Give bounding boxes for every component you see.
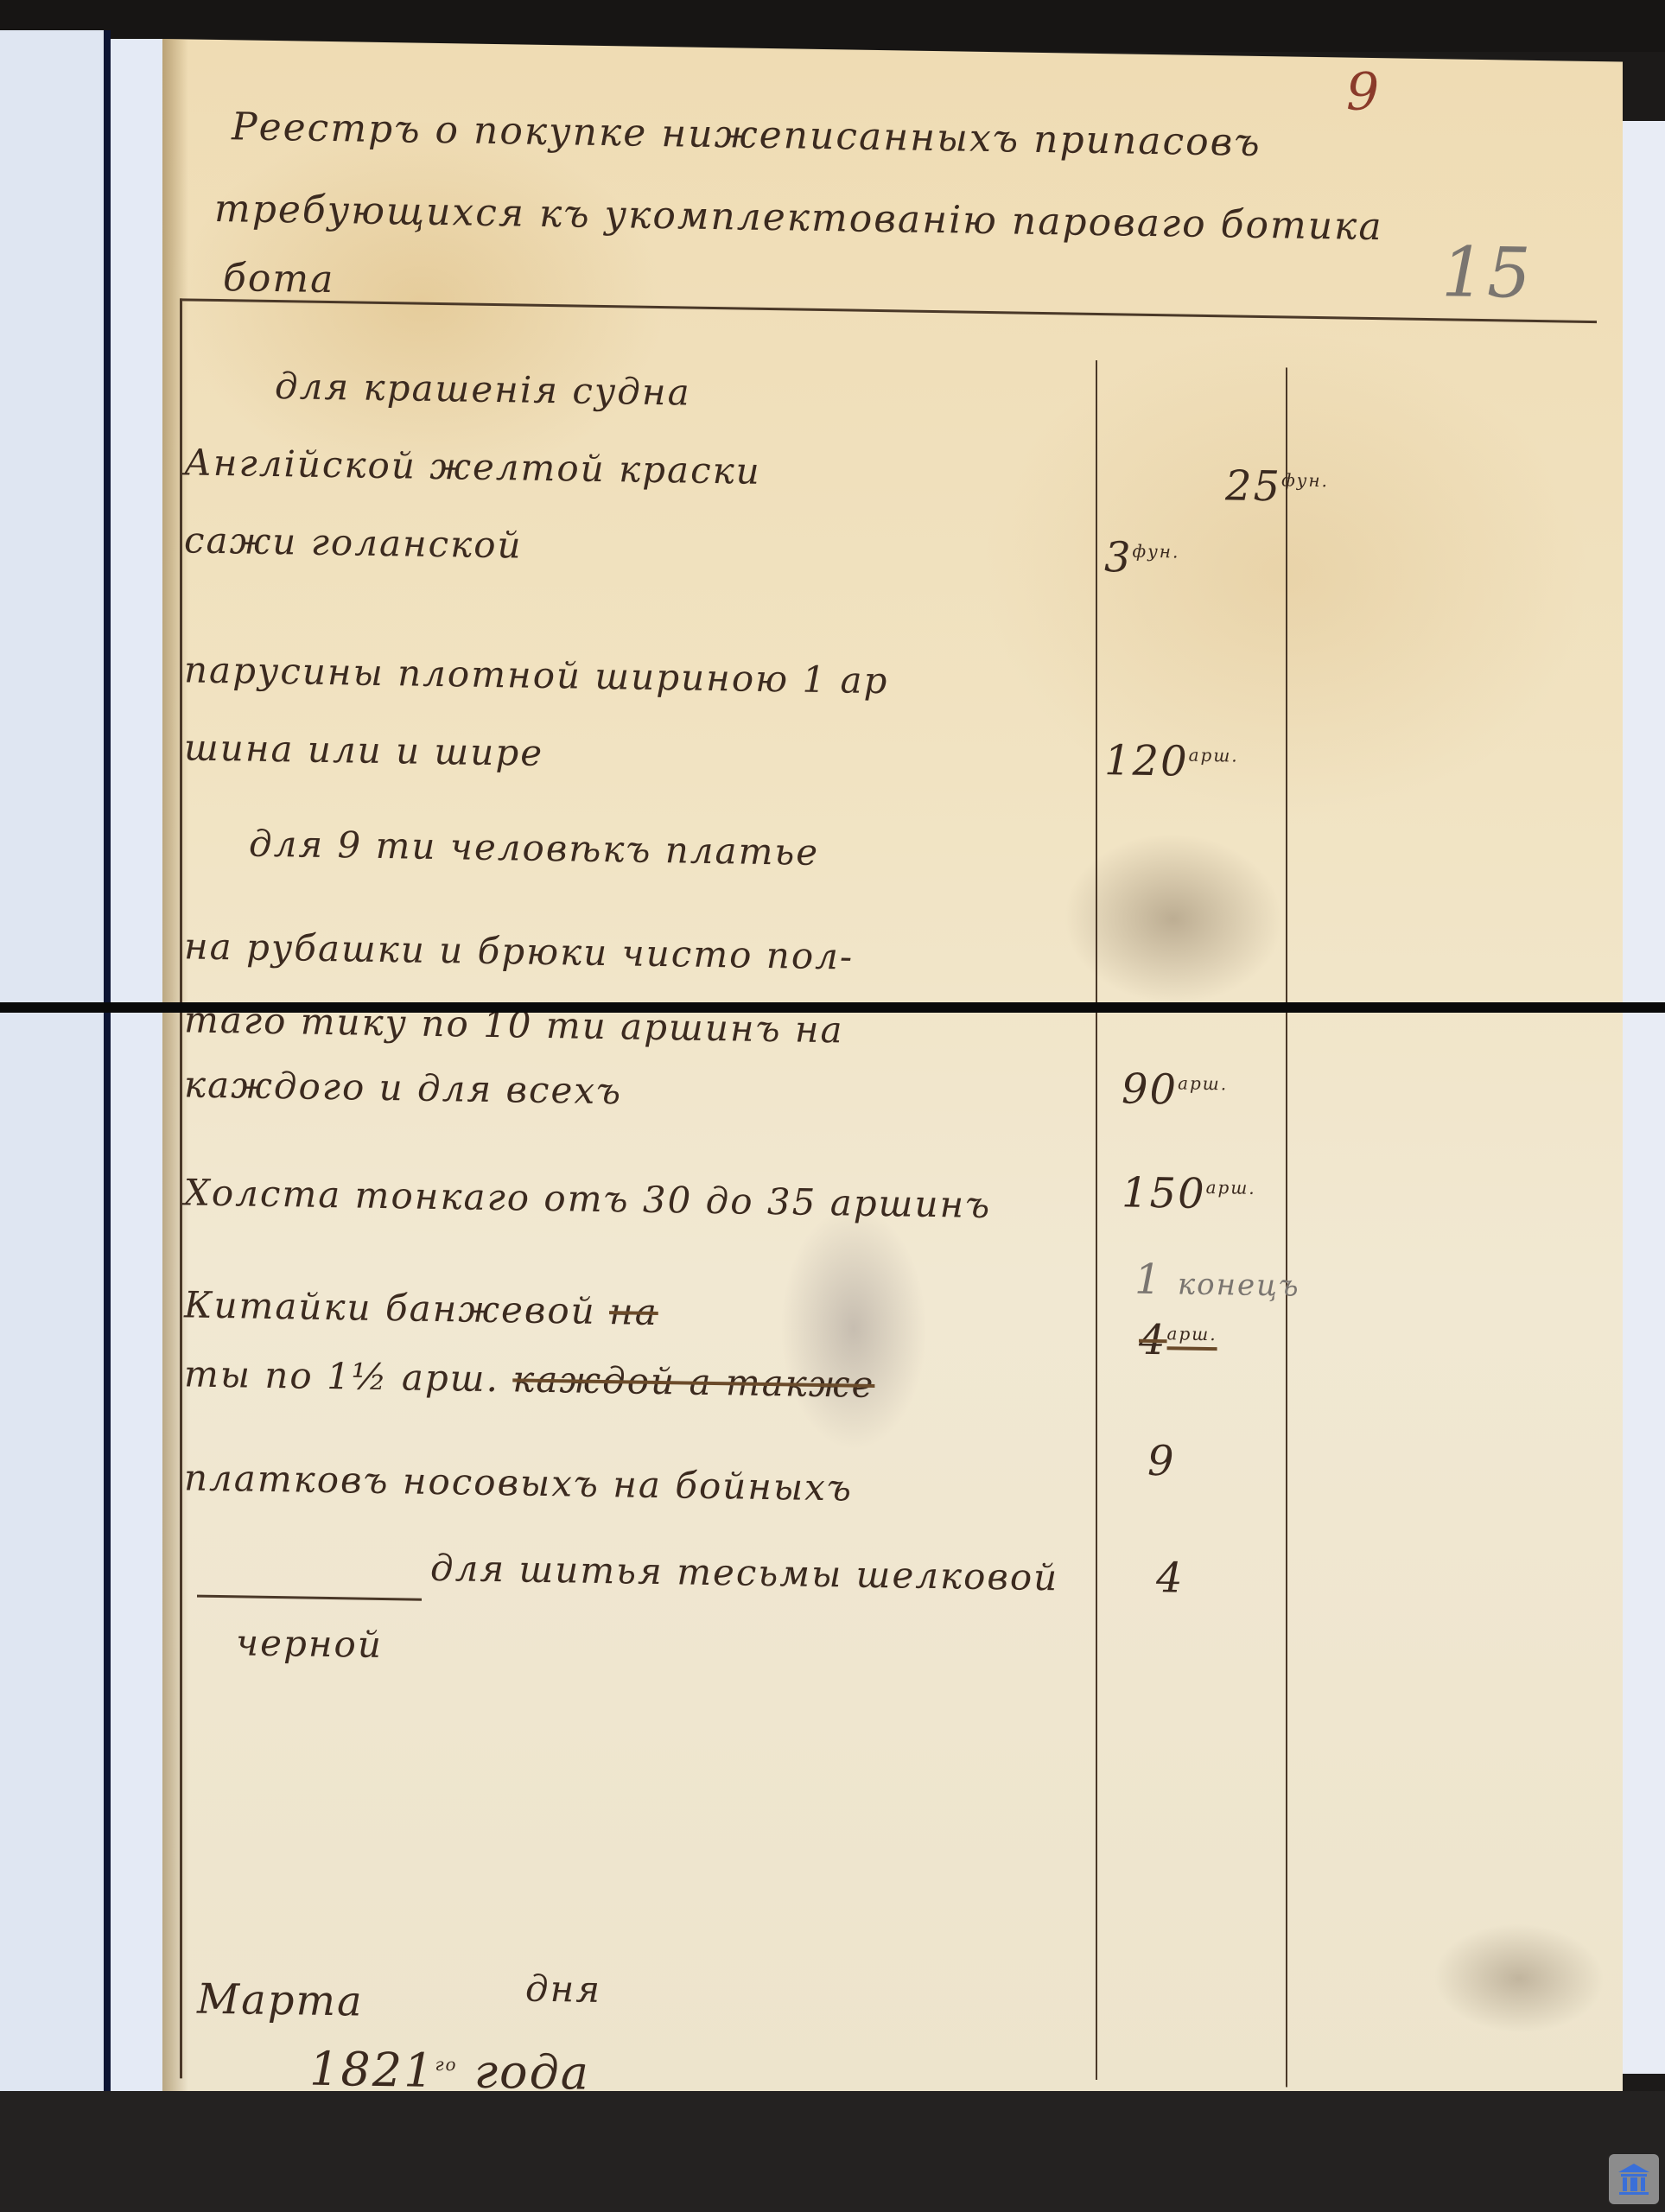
item-qty: 150арш. — [1122, 1168, 1256, 1218]
screen-margin-right — [1616, 121, 1665, 2074]
title-line-1: Реестръ о покупке нижеписанныхъ припасов… — [232, 105, 1261, 165]
item-text: каждого и для всехъ — [184, 1063, 622, 1112]
struck-text: на — [609, 1290, 658, 1333]
item-text: для 9 ти человѣкъ платье — [249, 823, 819, 874]
adjacent-screen-left — [0, 30, 104, 2104]
item-qty: 3фун. — [1104, 533, 1179, 582]
item-qty: 25фун. — [1225, 461, 1329, 512]
table-top-rule — [180, 298, 1597, 323]
date-month: Марта — [197, 1975, 364, 2026]
item-qty: 4 — [1156, 1554, 1185, 1603]
item-qty: 90арш. — [1122, 1065, 1228, 1115]
column-rule-qty — [1096, 360, 1097, 2080]
archive-logo-button[interactable] — [1609, 2154, 1659, 2204]
item-text: Китайки банжевой на — [184, 1283, 658, 1333]
title-line-2: требующихся къ укомплектованію пароваго … — [214, 187, 1383, 249]
table-left-rule — [180, 298, 182, 2078]
column-rule-price — [1286, 367, 1287, 2087]
page-number: 9 — [1346, 62, 1381, 124]
title-line-3: бота — [223, 256, 334, 302]
item-text: Англійской желтой краски — [184, 441, 761, 492]
struck-text: каждой а также — [512, 1357, 874, 1406]
item-text: парусины плотной шириною 1 ар — [184, 648, 888, 702]
item-text: на рубашки и брюки чисто пол- — [184, 925, 854, 977]
item-qty: 120арш. — [1104, 736, 1239, 786]
item-text: черной — [236, 1621, 383, 1666]
item-text: Холста тонкаго отъ 30 до 35 аршинъ — [184, 1171, 991, 1226]
item-qty: 4арш. — [1139, 1316, 1217, 1365]
date-day: дня — [525, 1967, 601, 2011]
item-qty: 9 — [1147, 1437, 1176, 1486]
archive-building-icon — [1615, 2160, 1653, 2198]
item-text: платковъ носовыхъ на бойныхъ — [184, 1456, 853, 1509]
separator-stroke — [197, 1595, 422, 1601]
item-text: ты по 1½ арш. каждой а также — [184, 1352, 874, 1406]
item-text: для шитья тесьмы шелковой — [430, 1547, 1058, 1599]
screen-gap — [104, 30, 111, 2104]
item-text: сажи голанской — [184, 518, 523, 566]
screen-margin-left — [111, 39, 162, 2104]
item-text: шина или и шире — [184, 726, 543, 774]
section-heading-paint: для крашенія судна — [275, 365, 691, 414]
archival-document: 9 15 Реестръ о покупке нижеписанныхъ при… — [162, 39, 1623, 2119]
display-seam — [0, 1002, 1665, 1013]
item-qty: 1 конецъ — [1134, 1255, 1300, 1306]
monitor-bezel-bottom — [0, 2091, 1665, 2212]
pencil-folio-number: 15 — [1441, 232, 1533, 314]
